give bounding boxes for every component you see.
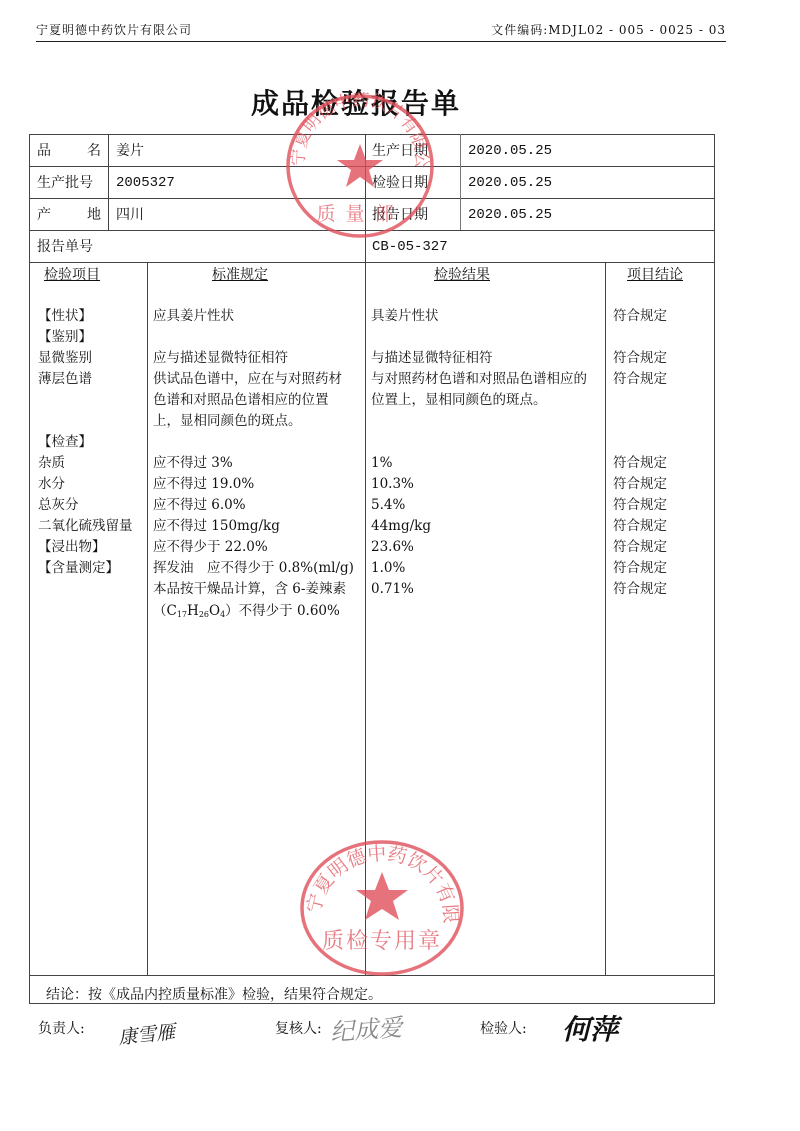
item-cell: 【浸出物】 bbox=[38, 537, 106, 558]
result-cell: 位置上，显相同颜色的斑点。 bbox=[371, 390, 547, 411]
result-cell: 23.6% bbox=[371, 537, 414, 558]
divider bbox=[108, 134, 109, 230]
file-number-label: 文件编码: bbox=[491, 24, 548, 37]
inspection-date-label: 检验日期 bbox=[372, 173, 428, 193]
standard-cell: 供试品色谱中，应在与对照药材 bbox=[153, 369, 342, 390]
result-cell: 1% bbox=[371, 453, 392, 474]
result-cell: 44mg/kg bbox=[371, 516, 431, 537]
item-cell: 【检查】 bbox=[38, 432, 92, 453]
origin-label: 产地 bbox=[37, 205, 101, 225]
col-header-result: 检验结果 bbox=[434, 265, 490, 285]
col-header-standard: 标准规定 bbox=[212, 265, 268, 285]
standard-cell: 上，显相同颜色的斑点。 bbox=[153, 411, 302, 432]
result-cell: 1.0% bbox=[371, 558, 405, 579]
divider bbox=[29, 262, 715, 263]
item-cell: 薄层色谱 bbox=[38, 369, 92, 390]
conclusion-cell: 符合规定 bbox=[613, 474, 667, 495]
item-cell: 【性状】 bbox=[38, 306, 92, 327]
conclusion-cell: 符合规定 bbox=[613, 537, 667, 558]
conclusion-cell: 符合规定 bbox=[613, 516, 667, 537]
company-name: 宁夏明德中药饮片有限公司 bbox=[36, 24, 192, 38]
divider bbox=[147, 262, 148, 975]
divider bbox=[29, 975, 715, 976]
divider bbox=[605, 262, 606, 975]
item-cell: 总灰分 bbox=[38, 495, 79, 516]
standard-cell: 色谱和对照品色谱相应的位置 bbox=[153, 390, 329, 411]
standard-cell: 应不得少于 22.0% bbox=[153, 537, 268, 558]
item-cell: 二氧化硫残留量 bbox=[38, 516, 133, 537]
result-cell: 与对照药材色谱和对照品色谱相应的 bbox=[371, 369, 587, 390]
item-cell: 【鉴别】 bbox=[38, 327, 92, 348]
item-cell: 显微鉴别 bbox=[38, 348, 92, 369]
inspector-signature: 何萍 bbox=[562, 1008, 618, 1048]
conclusion-cell: 符合规定 bbox=[613, 579, 667, 600]
conclusion-cell: 符合规定 bbox=[613, 306, 667, 327]
responsible-signature: 康雪雁 bbox=[117, 1017, 177, 1050]
reviewer-label: 复核人: bbox=[275, 1018, 322, 1038]
report-no-value: CB-05-327 bbox=[372, 237, 448, 257]
document-title: 成品检验报告单 bbox=[0, 82, 712, 122]
standard-cell: 应不得过 3% bbox=[153, 453, 233, 474]
formula-line: （C17H26O4）不得少于 0.60% bbox=[153, 601, 340, 625]
standard-cell: 应不得过 6.0% bbox=[153, 495, 246, 516]
divider bbox=[29, 166, 715, 167]
conclusion-cell: 符合规定 bbox=[613, 495, 667, 516]
batch-label: 生产批号 bbox=[37, 173, 93, 193]
report-no-label: 报告单号 bbox=[37, 237, 93, 257]
page-header: 宁夏明德中药饮片有限公司 文件编码:MDJL02 - 005 - 0025 - … bbox=[36, 24, 726, 42]
inspection-date-value: 2020.05.25 bbox=[468, 173, 552, 193]
result-cell: 10.3% bbox=[371, 474, 414, 495]
divider bbox=[460, 134, 461, 230]
conclusion-cell: 符合规定 bbox=[613, 369, 667, 390]
divider bbox=[29, 230, 715, 231]
conclusion-cell: 符合规定 bbox=[613, 558, 667, 579]
standard-cell: 应具姜片性状 bbox=[153, 306, 234, 327]
product-name-label: 品名 bbox=[37, 141, 101, 161]
inspector-label: 检验人: bbox=[480, 1018, 527, 1038]
product-name-value: 姜片 bbox=[116, 141, 144, 161]
batch-value: 2005327 bbox=[116, 173, 175, 193]
result-cell: 0.71% bbox=[371, 579, 414, 600]
col-header-conclusion: 项目结论 bbox=[627, 265, 683, 285]
reviewer-signature: 纪成爱 bbox=[329, 1008, 403, 1048]
report-date-value: 2020.05.25 bbox=[468, 205, 552, 225]
report-date-label: 报告日期 bbox=[372, 205, 428, 225]
divider bbox=[365, 262, 366, 975]
col-header-item: 检验项目 bbox=[44, 265, 100, 285]
final-conclusion: 结论：按《成品内控质量标准》检验，结果符合规定。 bbox=[46, 984, 382, 1004]
conclusion-cell: 符合规定 bbox=[613, 348, 667, 369]
item-cell: 水分 bbox=[38, 474, 65, 495]
standard-cell: 应不得过 150mg/kg bbox=[153, 516, 280, 537]
responsible-label: 负责人: bbox=[38, 1018, 85, 1038]
standard-cell: 本品按干燥品计算，含 6-姜辣素 bbox=[153, 579, 346, 600]
divider bbox=[29, 198, 715, 199]
divider bbox=[365, 134, 366, 262]
result-cell: 具姜片性状 bbox=[371, 306, 439, 327]
origin-value: 四川 bbox=[116, 205, 144, 225]
file-number: 文件编码:MDJL02 - 005 - 0025 - 03 bbox=[491, 24, 726, 38]
production-date-label: 生产日期 bbox=[372, 141, 428, 161]
standard-cell: 应不得过 19.0% bbox=[153, 474, 254, 495]
item-cell: 【含量测定】 bbox=[38, 558, 119, 579]
item-cell: 杂质 bbox=[38, 453, 65, 474]
result-cell: 与描述显微特征相符 bbox=[371, 348, 493, 369]
result-cell: 5.4% bbox=[371, 495, 405, 516]
standard-cell: 挥发油 应不得少于 0.8%(ml/g) bbox=[153, 558, 354, 579]
production-date-value: 2020.05.25 bbox=[468, 141, 552, 161]
standard-cell: 应与描述显微特征相符 bbox=[153, 348, 288, 369]
file-number-value: MDJL02 - 005 - 0025 - 03 bbox=[548, 24, 726, 37]
conclusion-cell: 符合规定 bbox=[613, 453, 667, 474]
